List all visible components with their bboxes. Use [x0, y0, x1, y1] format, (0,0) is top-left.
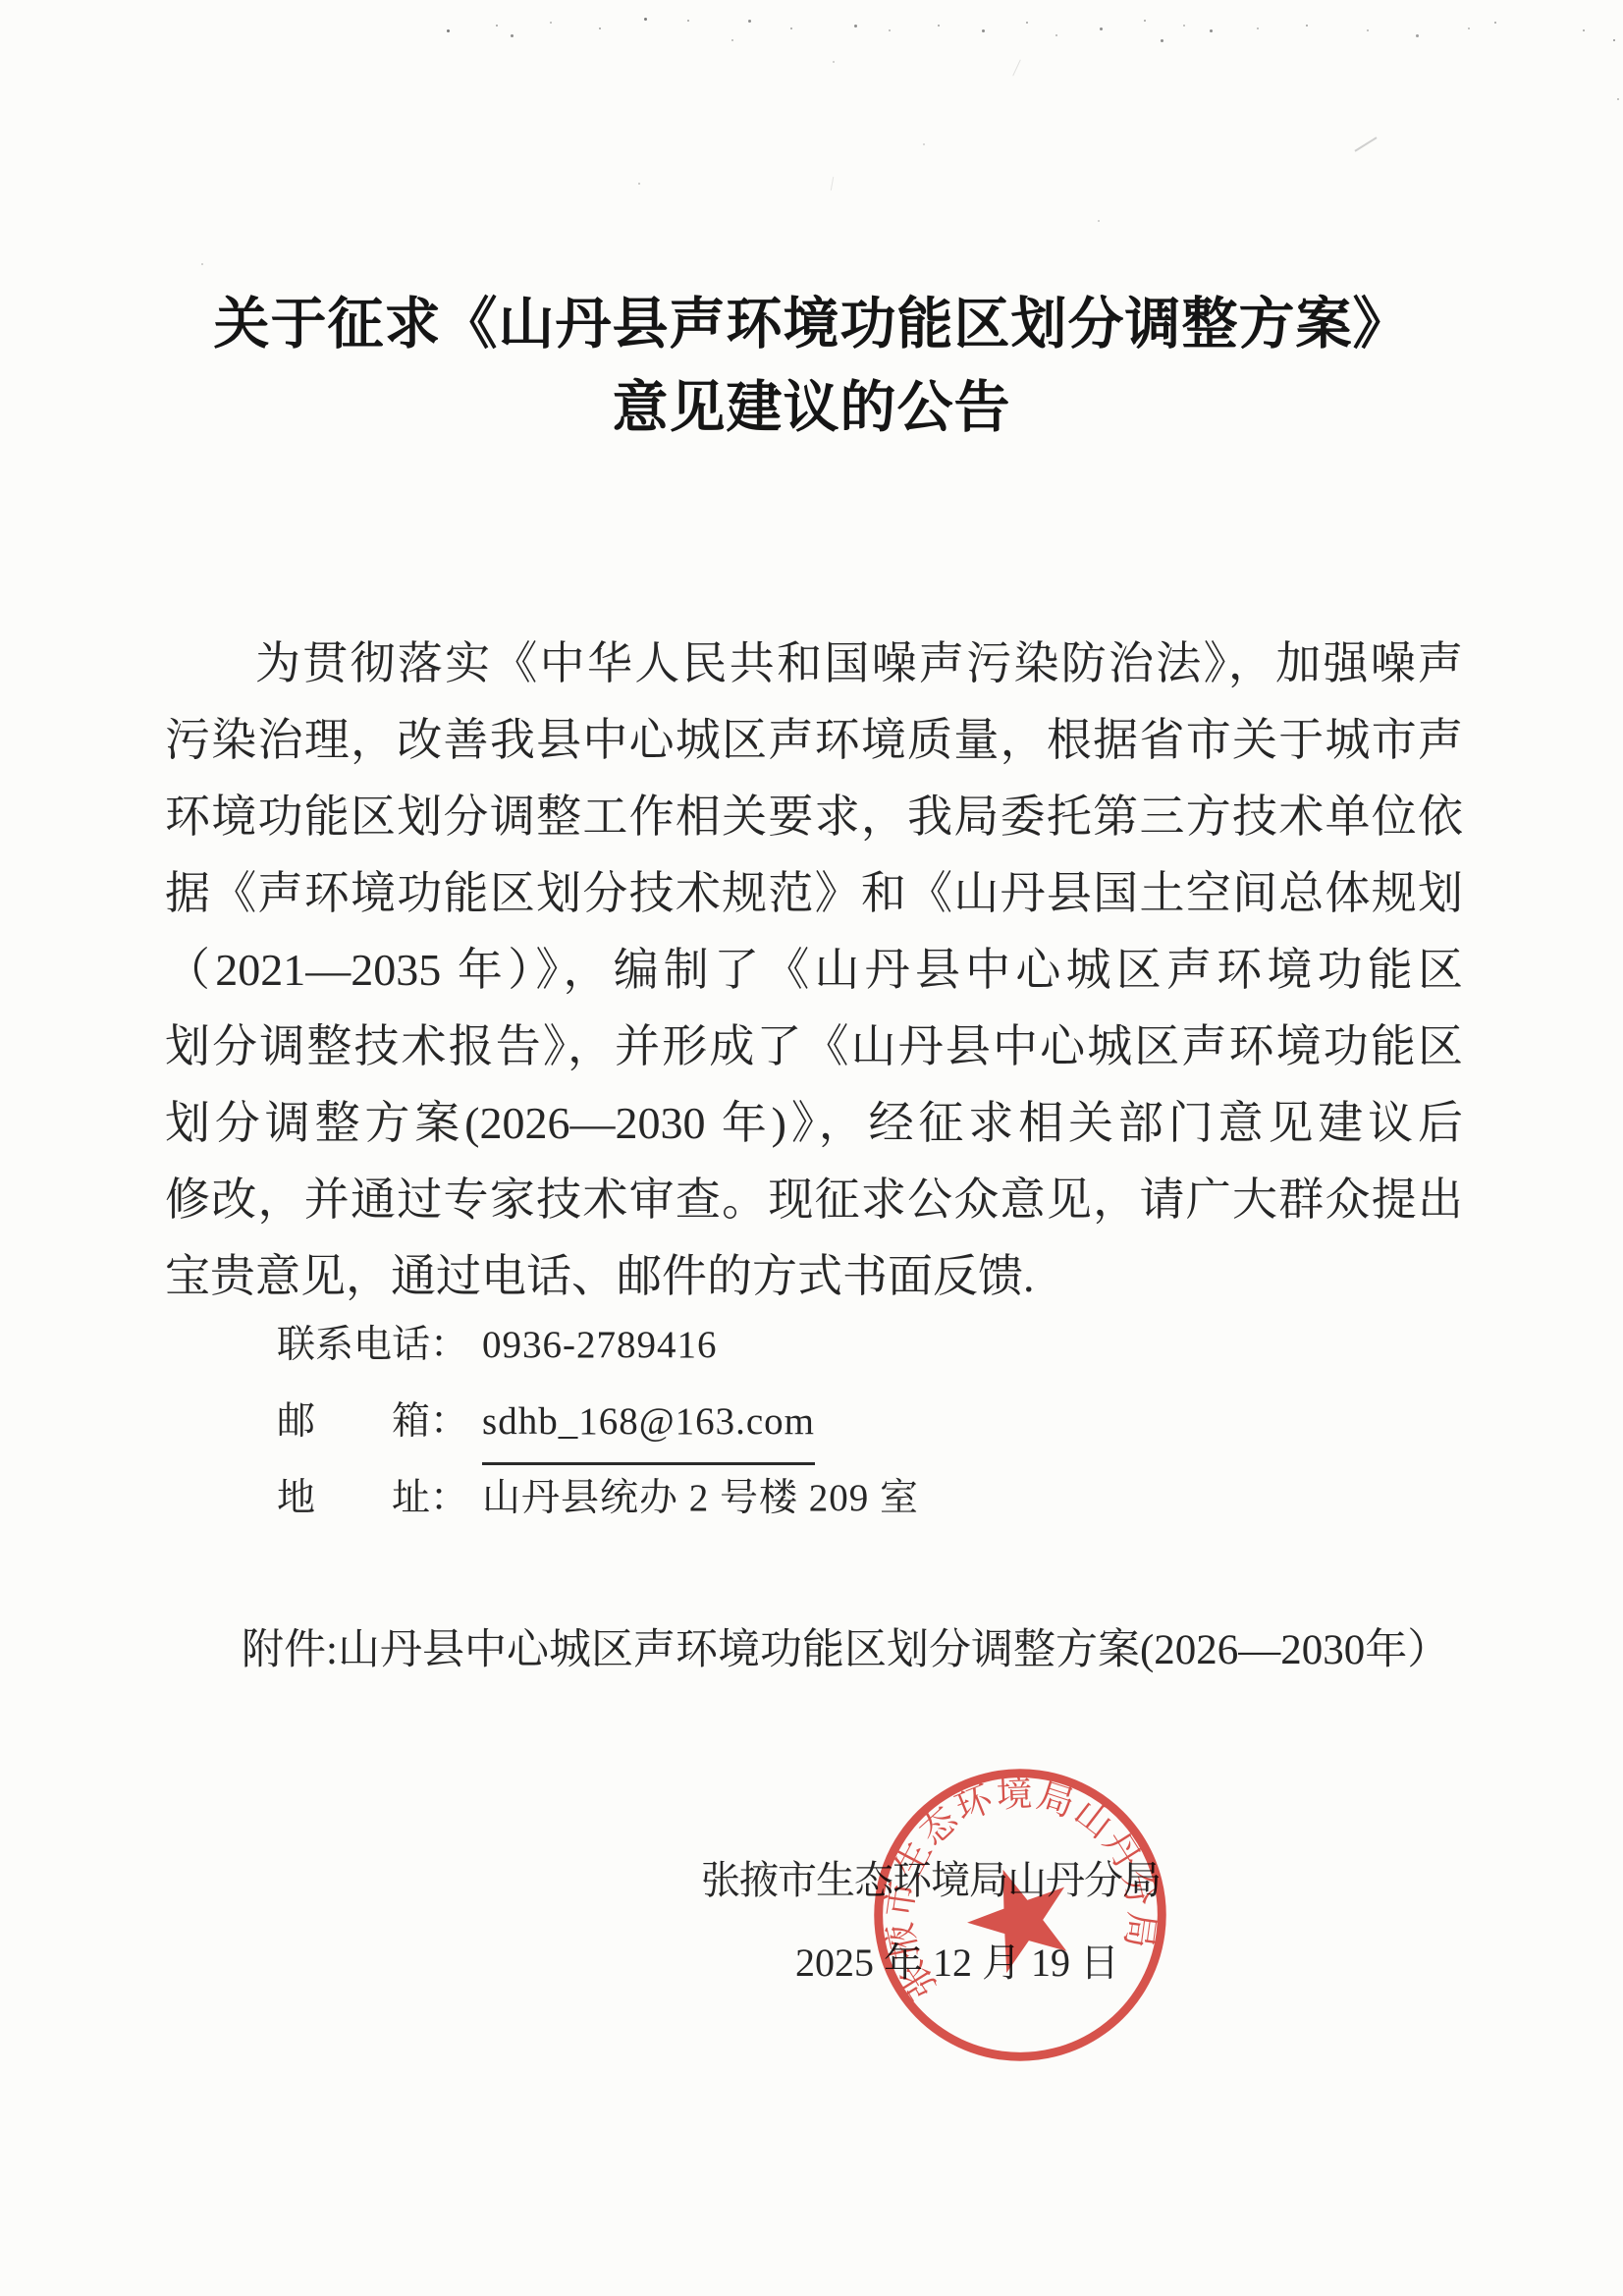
body-line: （2021—2035 年）》，编制了《山丹县中心城区声环境功能区 [165, 932, 1463, 1009]
scan-speck [923, 143, 925, 145]
scan-scratch [1354, 137, 1377, 151]
scan-speck [1583, 29, 1585, 31]
scan-speck [599, 27, 601, 29]
seal-star-icon [954, 1852, 1085, 1980]
contact-email-colon: ： [430, 1384, 482, 1460]
contact-address-label: 地 址 [277, 1460, 430, 1537]
scan-speck [790, 27, 792, 29]
scan-speck [1613, 39, 1615, 41]
contact-email-label: 邮 箱 [277, 1384, 430, 1460]
contact-phone-value: 0936-2789416 [482, 1307, 718, 1384]
scan-speck [1468, 27, 1470, 29]
scan-speck [982, 29, 985, 32]
scan-speck [644, 18, 647, 21]
scan-speck [1617, 98, 1619, 100]
scan-speck [496, 25, 498, 27]
scan-scratch [831, 177, 834, 191]
contact-address-colon: ： [430, 1460, 482, 1537]
scan-speck [1416, 34, 1419, 37]
contact-phone-label: 联系电话 [277, 1307, 430, 1384]
scan-speck [687, 20, 689, 22]
body-line: 划分调整方案(2026—2030 年)》，经征求相关部门意见建议后 [165, 1085, 1463, 1162]
body-line: 为贯彻落实《中华人民共和国噪声污染防治法》，加强噪声 [165, 626, 1463, 702]
contact-email-row: 邮 箱：sdhb_168@163.com [165, 1384, 1463, 1460]
title-line-1: 关于征求《山丹县声环境功能区划分调整方案》 [0, 283, 1623, 366]
contact-address-value: 山丹县统办 2 号楼 209 室 [482, 1460, 919, 1537]
scan-scratch [1012, 60, 1021, 77]
scan-speck [638, 183, 640, 185]
body-line: 环境功能区划分调整工作相关要求，我局委托第三方技术单位依 [165, 779, 1463, 855]
scan-speck [1026, 22, 1028, 24]
contact-phone-colon: ： [430, 1307, 482, 1384]
body-line: 据《声环境功能区划分技术规范》和《山丹县国土空间总体规划 [165, 855, 1463, 932]
seal-graphic: 张掖市生态环境局山丹分局 [820, 1715, 1219, 2114]
scan-speck [447, 29, 450, 32]
scan-speck [731, 39, 733, 41]
body-line: 污染治理，改善我县中心城区声环境质量，根据省市关于城市声 [165, 702, 1463, 779]
scan-speck [889, 29, 891, 31]
scan-speck [511, 34, 514, 37]
contact-phone-row: 联系电话：0936-2789416 [165, 1307, 1463, 1384]
contact-info: 联系电话：0936-2789416 邮 箱：sdhb_168@163.com 地… [165, 1307, 1463, 1537]
scan-speck [1494, 22, 1496, 24]
body-line: 修改，并通过专家技术审查。现征求公众意见，请广大群众提出 [165, 1162, 1463, 1238]
contact-email-value: sdhb_168@163.com [482, 1384, 815, 1465]
scan-speck [1257, 27, 1259, 29]
scanned-announcement-page: 关于征求《山丹县声环境功能区划分调整方案》 意见建议的公告 为贯彻落实《中华人民… [0, 0, 1623, 2296]
scan-speck [550, 22, 552, 24]
scan-speck [1367, 29, 1369, 31]
scan-speck [1100, 27, 1103, 30]
title-line-2: 意见建议的公告 [0, 366, 1623, 450]
scan-speck [201, 263, 203, 265]
document-title: 关于征求《山丹县声环境功能区划分调整方案》 意见建议的公告 [0, 283, 1623, 450]
scan-speck [854, 25, 857, 27]
body-line: 划分调整技术报告》，并形成了《山丹县中心城区声环境功能区 [165, 1009, 1463, 1085]
body-paragraph: 为贯彻落实《中华人民共和国噪声污染防治法》，加强噪声 污染治理，改善我县中心城区… [165, 626, 1463, 1315]
body-line: 宝贵意见，通过电话、邮件的方式书面反馈. [165, 1238, 1463, 1315]
scan-speck [1210, 29, 1213, 32]
scan-speck [1306, 25, 1308, 27]
scan-speck [938, 25, 940, 27]
scan-speck [1098, 220, 1100, 222]
seal-arc-text: 张掖市生态环境局山丹分局 [848, 1742, 1174, 2016]
scan-speck [1183, 25, 1185, 27]
scan-speck [1055, 34, 1057, 36]
contact-address-row: 地 址：山丹县统办 2 号楼 209 室 [165, 1460, 1463, 1537]
scan-speck [1161, 39, 1163, 42]
official-seal: 张掖市生态环境局山丹分局 [820, 1715, 1219, 2114]
scan-speck [833, 61, 835, 63]
attachment-note: 附件:山丹县中心城区声环境功能区划分调整方案(2026—2030年） [242, 1613, 1518, 1689]
scan-speck [748, 20, 751, 23]
scan-speck [1144, 20, 1146, 22]
